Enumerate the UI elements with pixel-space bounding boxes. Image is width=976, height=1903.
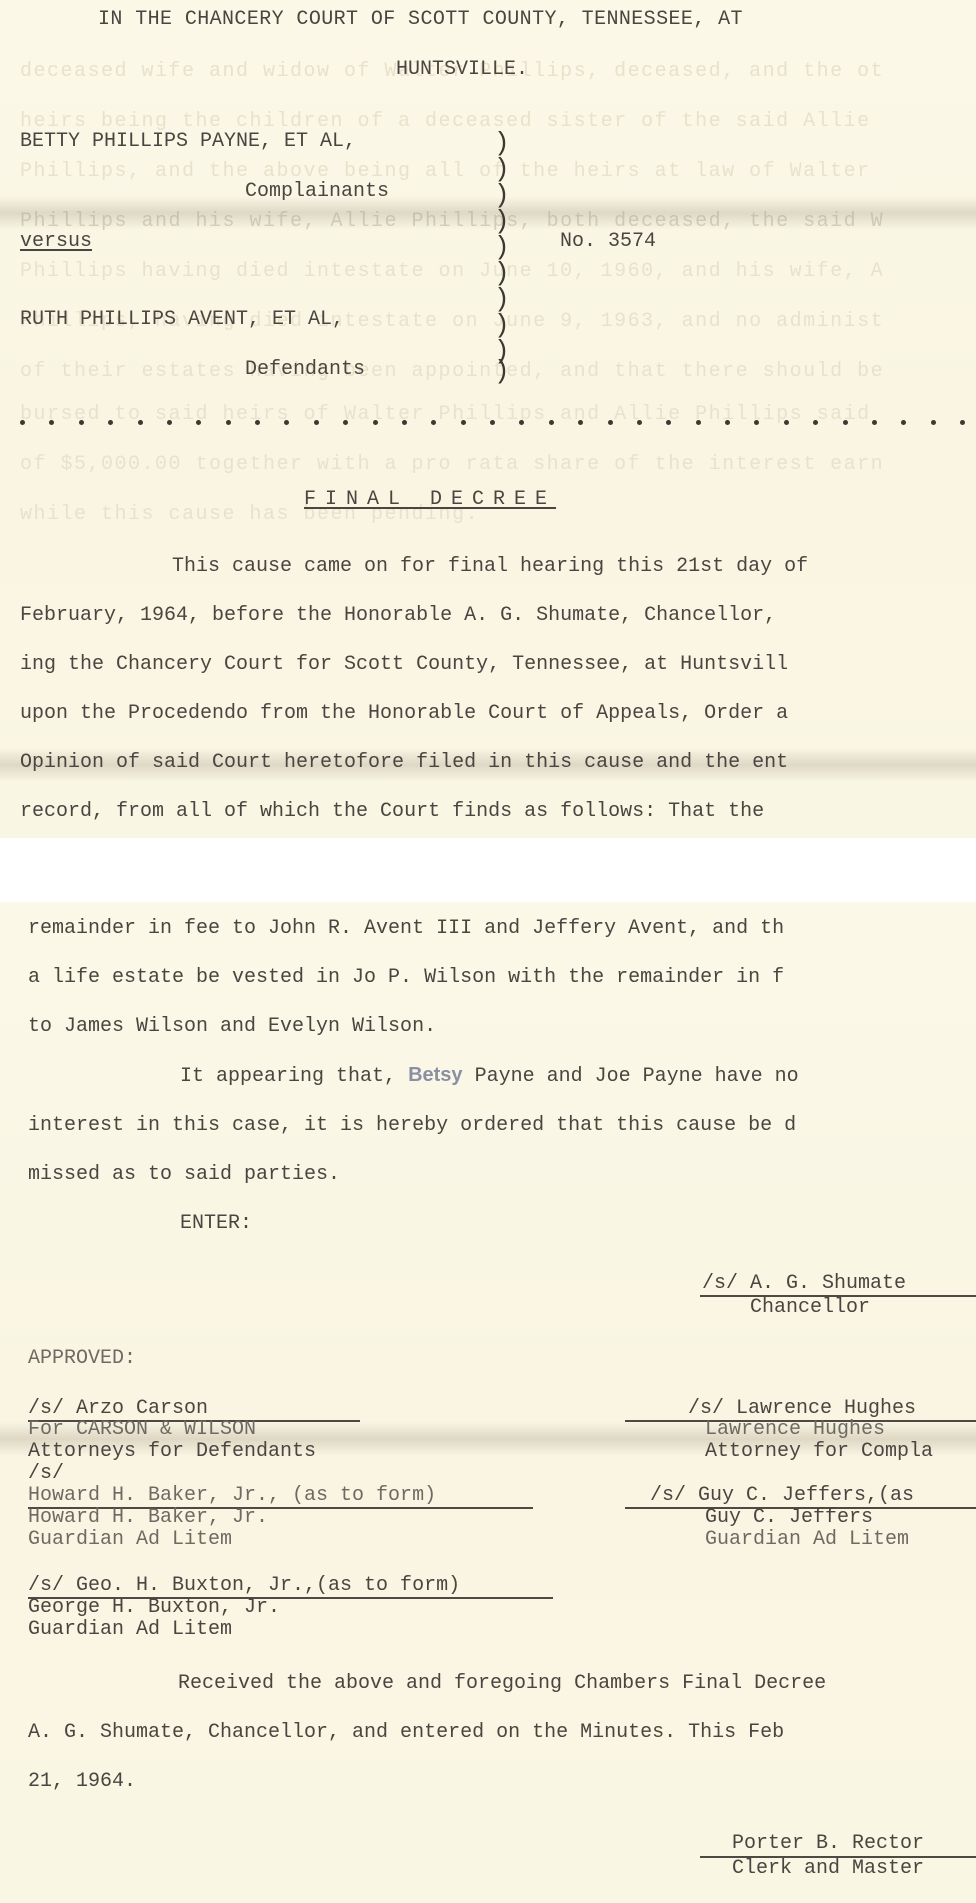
case-number: No. 3574 bbox=[560, 230, 656, 253]
received-line: 21, 1964. bbox=[28, 1770, 136, 1793]
separator-dot bbox=[960, 420, 965, 425]
signature-caption: George H. Buxton, Jr. bbox=[28, 1596, 280, 1619]
clerk-signature: Porter B. Rector bbox=[732, 1832, 924, 1855]
separator-dot bbox=[79, 420, 84, 425]
defendant-name: RUTH PHILLIPS AVENT, ET AL, bbox=[20, 308, 344, 331]
separator-dot bbox=[255, 420, 260, 425]
separator-dot bbox=[490, 420, 495, 425]
signature-caption: Guardian Ad Litem bbox=[28, 1528, 232, 1551]
signature-caption: Guardian Ad Litem bbox=[28, 1618, 232, 1641]
separator-dot bbox=[725, 420, 730, 425]
separator-dot bbox=[901, 420, 906, 425]
paragraph-line: This cause came on for final hearing thi… bbox=[172, 555, 808, 578]
appearing-suffix: Payne and Joe Payne have no bbox=[475, 1065, 799, 1088]
paragraph-line: upon the Procedendo from the Honorable C… bbox=[20, 702, 788, 725]
separator-dot bbox=[108, 420, 113, 425]
complainant-role: Complainants bbox=[245, 180, 389, 203]
separator-dot bbox=[461, 420, 466, 425]
separator-dot bbox=[373, 420, 378, 425]
paragraph-line: Opinion of said Court heretofore filed i… bbox=[20, 751, 788, 774]
signature-howard-baker: Howard H. Baker, Jr., (as to form) bbox=[28, 1484, 436, 1507]
clerk-title: Clerk and Master bbox=[732, 1857, 924, 1880]
bleed-through-line: of $5,000.00 together with a pro rata sh… bbox=[20, 453, 884, 476]
bleed-through-line: Phillips having died intestate on June 1… bbox=[20, 260, 884, 283]
separator-dot bbox=[431, 420, 436, 425]
signature-caption: Lawrence Hughes bbox=[705, 1418, 885, 1441]
received-line: Received the above and foregoing Chamber… bbox=[178, 1672, 826, 1695]
separator-dot bbox=[784, 420, 789, 425]
paragraph-line: February, 1964, before the Honorable A. … bbox=[20, 604, 776, 627]
paragraph-line: ing the Chancery Court for Scott County,… bbox=[20, 653, 788, 676]
signature-geo-buxton: /s/ Geo. H. Buxton, Jr.,(as to form) bbox=[28, 1574, 460, 1597]
separator-dot bbox=[314, 420, 319, 425]
separator-dot bbox=[637, 420, 642, 425]
received-line: A. G. Shumate, Chancellor, and entered o… bbox=[28, 1721, 784, 1744]
body-line: remainder in fee to John R. Avent III an… bbox=[28, 917, 784, 940]
separator-dot bbox=[754, 420, 759, 425]
separator-dot bbox=[578, 420, 583, 425]
document-page-1: deceased wife and widow of Walter Philli… bbox=[0, 0, 976, 838]
chancellor-title: Chancellor bbox=[750, 1296, 870, 1319]
signature-guy-jeffers: /s/ Guy C. Jeffers,(as bbox=[650, 1484, 914, 1507]
separator-dot bbox=[196, 420, 201, 425]
body-line: a life estate be vested in Jo P. Wilson … bbox=[28, 966, 784, 989]
decree-title: FINAL DECREE bbox=[304, 488, 556, 511]
signature-prefix: /s/ bbox=[28, 1462, 64, 1485]
separator-dot bbox=[20, 420, 25, 425]
separator-dot bbox=[872, 420, 877, 425]
bleed-through-line: Phillips, and the above being all of the… bbox=[20, 160, 871, 183]
court-heading-line-2: HUNTSVILLE. bbox=[396, 58, 528, 81]
dotted-separator bbox=[20, 420, 965, 425]
signature-caption: Attorneys for Defendants bbox=[28, 1440, 316, 1463]
defendant-role: Defendants bbox=[245, 358, 365, 381]
signature-caption: Attorney for Compla bbox=[705, 1440, 933, 1463]
separator-dot bbox=[519, 420, 524, 425]
signature-lawrence-hughes: /s/ Lawrence Hughes bbox=[688, 1397, 916, 1420]
enter-label: ENTER: bbox=[180, 1212, 252, 1235]
separator-dot bbox=[549, 420, 554, 425]
separator-dot bbox=[226, 420, 231, 425]
appearing-line: It appearing that, Betsy Payne and Joe P… bbox=[180, 1064, 799, 1088]
approved-label: APPROVED: bbox=[28, 1347, 136, 1370]
chancellor-signature: /s/ A. G. Shumate bbox=[702, 1272, 906, 1295]
separator-dot bbox=[696, 420, 701, 425]
signature-caption: Howard H. Baker, Jr. bbox=[28, 1506, 268, 1529]
bleed-through-line: Phillips and his wife, Allie Phillips, b… bbox=[20, 210, 884, 233]
signature-arzo-carson: /s/ Arzo Carson bbox=[28, 1397, 208, 1420]
complainant-name: BETTY PHILLIPS PAYNE, ET AL, bbox=[20, 130, 356, 153]
separator-dot bbox=[343, 420, 348, 425]
bleed-through-line: of their estates having been appointed, … bbox=[20, 360, 884, 383]
separator-dot bbox=[402, 420, 407, 425]
body-line: to James Wilson and Evelyn Wilson. bbox=[28, 1015, 436, 1038]
body-line: interest in this case, it is hereby orde… bbox=[28, 1114, 796, 1137]
document-page-2: remainder in fee to John R. Avent III an… bbox=[0, 902, 976, 1903]
separator-dot bbox=[49, 420, 54, 425]
separator-dot bbox=[843, 420, 848, 425]
separator-dot bbox=[608, 420, 613, 425]
signature-caption: Guardian Ad Litem bbox=[705, 1528, 909, 1551]
separator-dot bbox=[284, 420, 289, 425]
separator-dot bbox=[138, 420, 143, 425]
body-line: missed as to said parties. bbox=[28, 1163, 340, 1186]
redacted-name: Betsy bbox=[408, 1064, 462, 1086]
separator-dot bbox=[666, 420, 671, 425]
separator-dot bbox=[167, 420, 172, 425]
signature-caption: Guy C. Jeffers bbox=[705, 1506, 873, 1529]
separator-dot bbox=[813, 420, 818, 425]
court-heading-line-1: IN THE CHANCERY COURT OF SCOTT COUNTY, T… bbox=[98, 8, 743, 31]
appearing-prefix: It appearing that, bbox=[180, 1065, 396, 1088]
separator-dot bbox=[931, 420, 936, 425]
paragraph-line: record, from all of which the Court find… bbox=[20, 800, 764, 823]
versus-label: versus bbox=[20, 230, 92, 253]
signature-caption: For CARSON & WILSON bbox=[28, 1418, 256, 1441]
caption-brace: ) bbox=[494, 356, 510, 386]
